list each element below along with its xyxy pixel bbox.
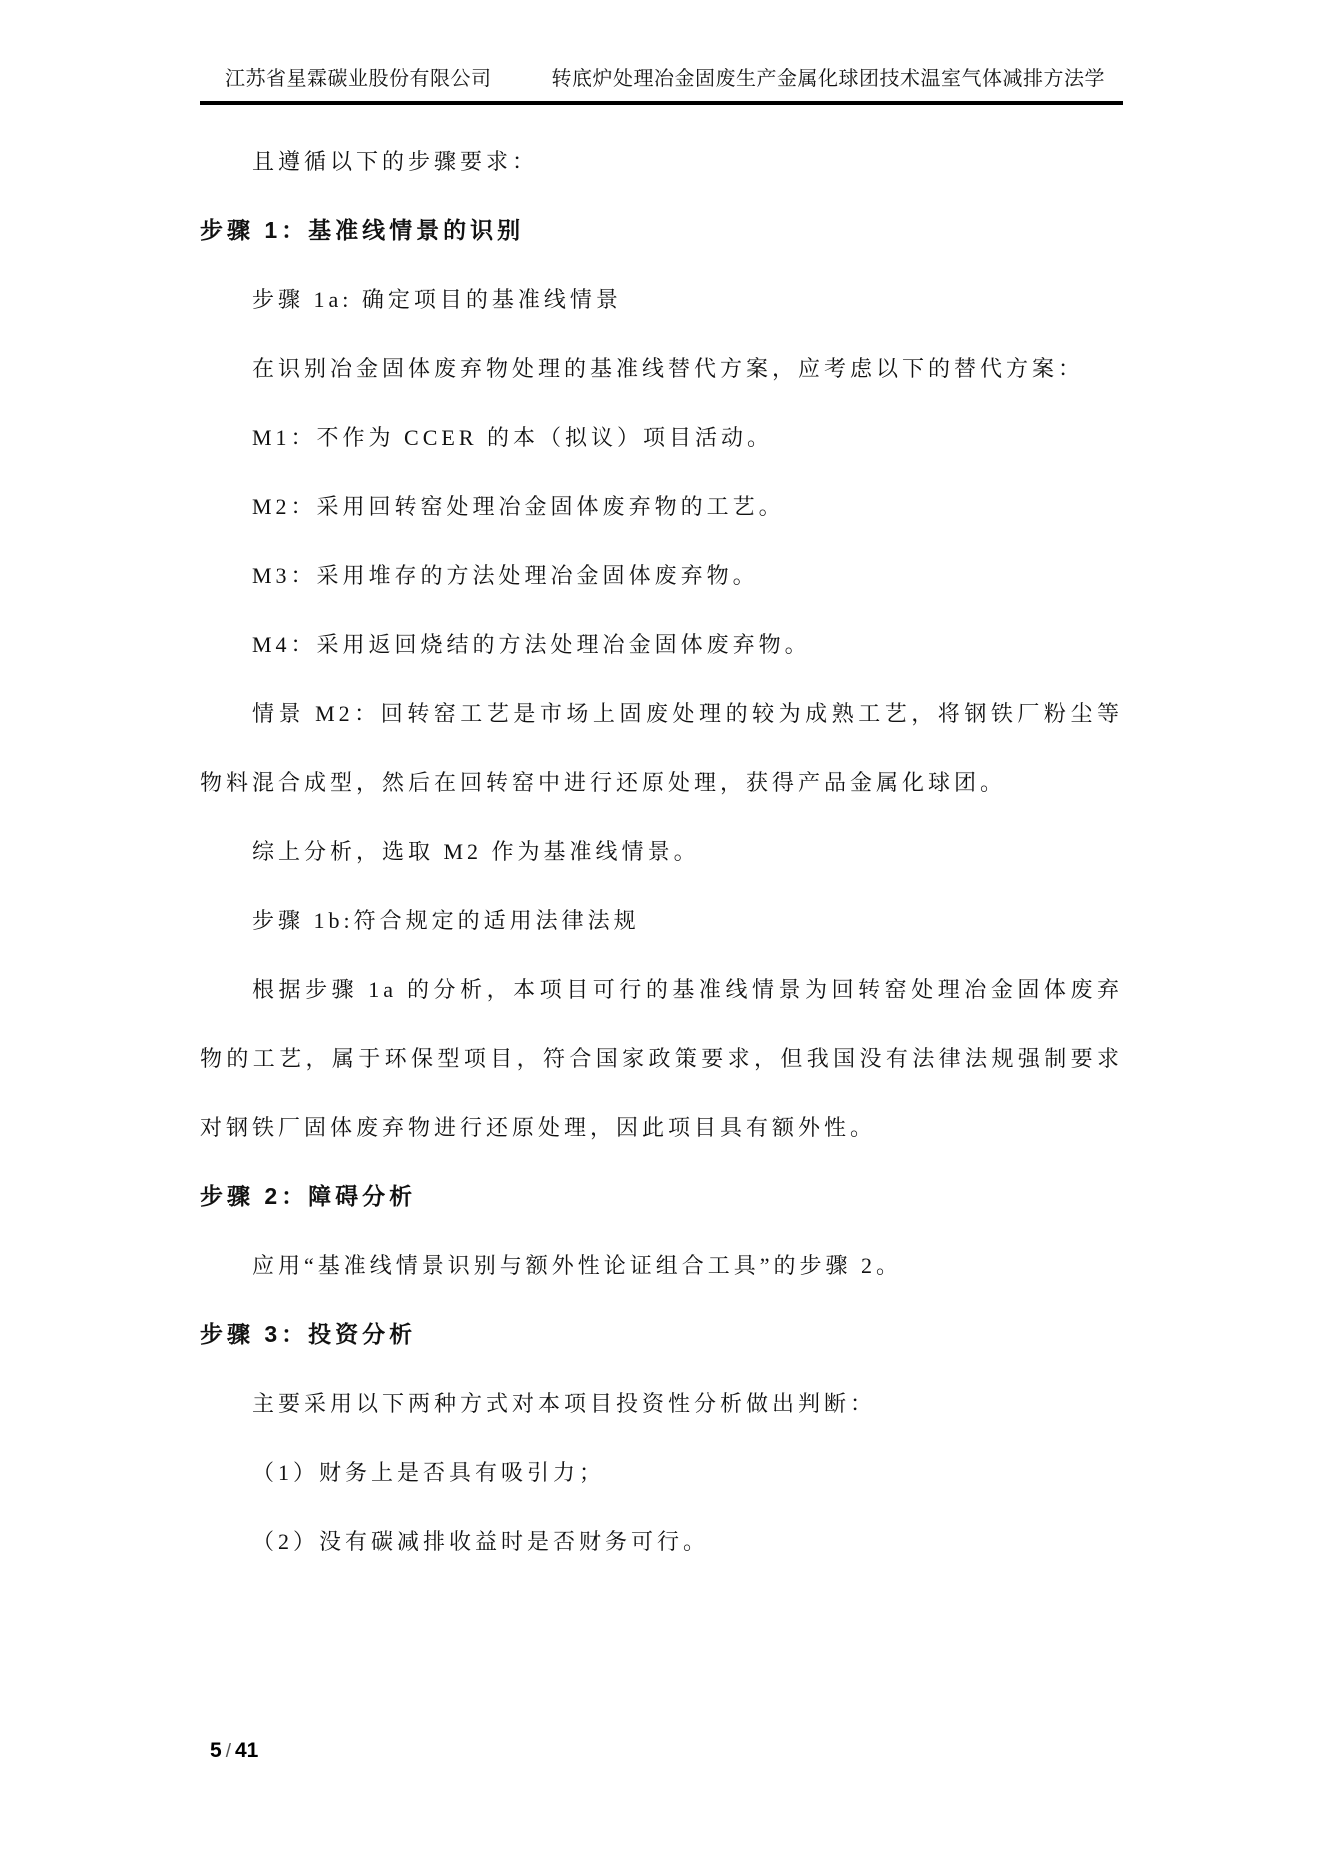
paragraph: 主要采用以下两种方式对本项目投资性分析做出判断： [200,1369,1123,1438]
section-heading: 步骤 1：基准线情景的识别 [200,196,1123,265]
paragraph: 且遵循以下的步骤要求： [200,127,1123,196]
paragraph: （1）财务上是否具有吸引力； [200,1438,1123,1507]
paragraph: 综上分析，选取 M2 作为基准线情景。 [200,817,1123,886]
header-company-name: 江苏省星霖碳业股份有限公司 [225,62,492,91]
paragraph: 步骤 1b:符合规定的适用法律法规 [200,886,1123,955]
paragraph: （2）没有碳减排收益时是否财务可行。 [200,1507,1123,1576]
page-number-total: 41 [235,1739,258,1762]
paragraph: 步骤 1a: 确定项目的基准线情景 [200,265,1123,334]
document-page: 江苏省星霖碳业股份有限公司 转底炉处理冶金固废生产金属化球团技术温室气体减排方法… [0,0,1323,1871]
paragraph: M4：采用返回烧结的方法处理冶金固体废弃物。 [200,610,1123,679]
section-heading: 步骤 2：障碍分析 [200,1162,1123,1231]
page-footer: 5/41 [210,1736,258,1767]
paragraph: 根据步骤 1a 的分析，本项目可行的基准线情景为回转窑处理冶金固体废弃物的工艺，… [200,955,1123,1162]
page-number-current: 5 [210,1739,222,1762]
paragraph: 情景 M2：回转窑工艺是市场上固废处理的较为成熟工艺，将钢铁厂粉尘等物料混合成型… [200,679,1123,817]
document-body: 且遵循以下的步骤要求：步骤 1：基准线情景的识别步骤 1a: 确定项目的基准线情… [200,127,1123,1576]
paragraph: M1：不作为 CCER 的本（拟议）项目活动。 [200,403,1123,472]
page-header: 江苏省星霖碳业股份有限公司 转底炉处理冶金固废生产金属化球团技术温室气体减排方法… [200,62,1123,105]
page-number-separator: / [222,1741,235,1762]
paragraph: 在识别冶金固体废弃物处理的基准线替代方案，应考虑以下的替代方案： [200,334,1123,403]
paragraph: M3：采用堆存的方法处理冶金固体废弃物。 [200,541,1123,610]
paragraph: 应用“基准线情景识别与额外性论证组合工具”的步骤 2。 [200,1231,1123,1300]
paragraph: M2：采用回转窑处理冶金固体废弃物的工艺。 [200,472,1123,541]
section-heading: 步骤 3：投资分析 [200,1300,1123,1369]
header-document-title: 转底炉处理冶金固废生产金属化球团技术温室气体减排方法学 [552,62,1106,91]
